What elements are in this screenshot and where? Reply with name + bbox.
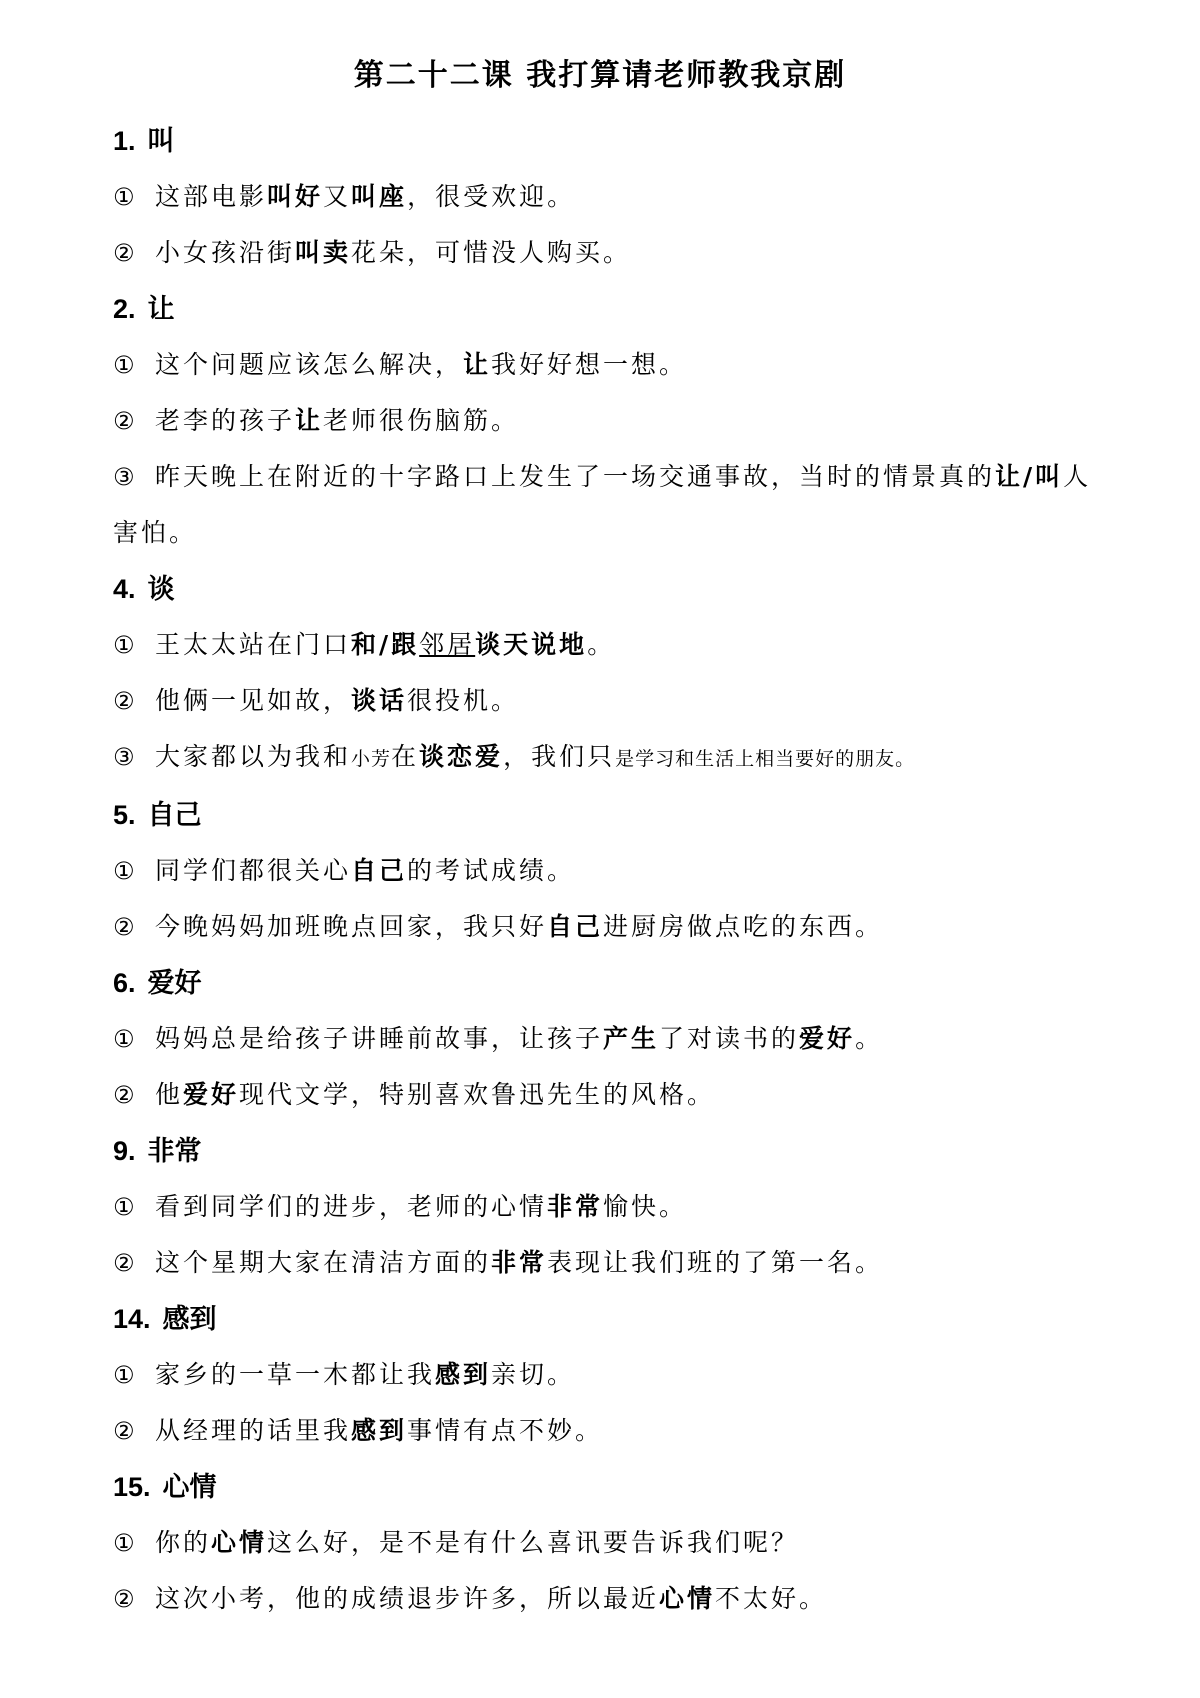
example-sentence: ②他爱好现代文学，特别喜欢鲁迅先生的风格。 — [113, 1067, 1103, 1123]
entry-word: 谈 — [148, 574, 175, 604]
vocab-entry: 1.叫 ①这部电影叫好又叫座，很受欢迎。 ②小女孩沿街叫卖花朵，可惜没人购买。 — [113, 113, 1103, 281]
text-segment: 大家都以为我和 — [155, 742, 351, 771]
text-segment: 小女孩沿街 — [155, 238, 295, 267]
text-segment: ，我们只 — [503, 742, 615, 771]
text-segment: 亲切。 — [491, 1360, 575, 1389]
sentence-marker: ① — [113, 169, 155, 225]
text-segment: 你的 — [155, 1528, 211, 1557]
key-word: 自己 — [351, 856, 407, 885]
example-sentence: ①这部电影叫好又叫座，很受欢迎。 — [113, 169, 1103, 225]
vocab-entry: 5.自己 ①同学们都很关心自己的考试成绩。 ②今晚妈妈加班晚点回家，我只好自己进… — [113, 787, 1103, 955]
key-word: 产生 — [603, 1024, 659, 1053]
entry-word: 让 — [148, 294, 175, 324]
sentence-marker: ② — [113, 673, 155, 729]
entry-number: 14. — [113, 1304, 151, 1334]
sentence-marker: ① — [113, 337, 155, 393]
sentence-marker: ② — [113, 225, 155, 281]
example-sentence: ②老李的孩子让老师很伤脑筋。 — [113, 393, 1103, 449]
entry-heading: 15.心情 — [113, 1459, 1103, 1515]
example-sentence: ②从经理的话里我感到事情有点不妙。 — [113, 1403, 1103, 1459]
entry-heading: 2.让 — [113, 281, 1103, 337]
key-word: 自己 — [547, 912, 603, 941]
text-segment: 在 — [391, 742, 419, 771]
entry-heading: 6.爱好 — [113, 955, 1103, 1011]
text-segment: 这个问题应该怎么解决， — [155, 350, 463, 379]
entry-word: 心情 — [163, 1472, 217, 1502]
text-segment: 妈妈总是给孩子讲睡前故事，让孩子 — [155, 1024, 603, 1053]
key-word: 叫好 — [267, 182, 323, 211]
text-segment: 愉快。 — [603, 1192, 687, 1221]
key-word: 谈天说地 — [475, 630, 587, 659]
entry-number: 2. — [113, 294, 136, 324]
entry-word: 感到 — [163, 1304, 217, 1334]
entry-number: 4. — [113, 574, 136, 604]
sentence-marker: ③ — [113, 449, 155, 505]
text-segment: 老师很伤脑筋。 — [323, 406, 519, 435]
vocab-entry: 15.心情 ①你的心情这么好，是不是有什么喜讯要告诉我们呢？ ②这次小考，他的成… — [113, 1459, 1103, 1627]
example-sentence: ①你的心情这么好，是不是有什么喜讯要告诉我们呢？ — [113, 1515, 1103, 1571]
example-sentence: ②这个星期大家在清洁方面的非常表现让我们班的了第一名。 — [113, 1235, 1103, 1291]
text-segment: 老李的孩子 — [155, 406, 295, 435]
sentence-marker: ① — [113, 843, 155, 899]
example-sentence: ②小女孩沿街叫卖花朵，可惜没人购买。 — [113, 225, 1103, 281]
key-word: 让 — [295, 406, 323, 435]
vocab-entry: 2.让 ①这个问题应该怎么解决，让我好好想一想。 ②老李的孩子让老师很伤脑筋。 … — [113, 281, 1103, 561]
text-segment: 不太好。 — [715, 1584, 827, 1613]
text-segment: 今晚妈妈加班晚点回家，我只好 — [155, 912, 547, 941]
key-word: 让/叫 — [995, 462, 1063, 491]
example-sentence: ②今晚妈妈加班晚点回家，我只好自己进厨房做点吃的东西。 — [113, 899, 1103, 955]
text-segment-small: 小芳 — [351, 748, 391, 770]
sentence-marker: ② — [113, 1235, 155, 1291]
text-segment: 表现让我们班的了第一名。 — [547, 1248, 883, 1277]
key-word: 叫座 — [351, 182, 407, 211]
key-word: 和/跟 — [351, 630, 419, 659]
sentence-marker: ② — [113, 1067, 155, 1123]
vocab-entry: 14.感到 ①家乡的一草一木都让我感到亲切。 ②从经理的话里我感到事情有点不妙。 — [113, 1291, 1103, 1459]
text-segment: 看到同学们的进步，老师的心情 — [155, 1192, 547, 1221]
text-segment: 同学们都很关心 — [155, 856, 351, 885]
key-word: 爱好 — [183, 1080, 239, 1109]
text-segment: 这次小考，他的成绩退步许多，所以最近 — [155, 1584, 659, 1613]
sentence-marker: ② — [113, 1571, 155, 1627]
example-sentence: ①王太太站在门口和/跟邻居谈天说地。 — [113, 617, 1103, 673]
text-segment-small: 是学习和生活上相当要好的朋友。 — [615, 748, 915, 770]
key-word: 感到 — [351, 1416, 407, 1445]
entry-word: 爱好 — [148, 968, 202, 998]
entry-number: 5. — [113, 800, 136, 830]
text-segment: 昨天晚上在附近的十字路口上发生了一场交通事故，当时的情景真的 — [155, 462, 995, 491]
sentence-marker: ② — [113, 393, 155, 449]
text-segment: 事情有点不妙。 — [407, 1416, 603, 1445]
text-segment: 了对读书的 — [659, 1024, 799, 1053]
vocab-entry: 6.爱好 ①妈妈总是给孩子讲睡前故事，让孩子产生了对读书的爱好。 ②他爱好现代文… — [113, 955, 1103, 1123]
text-segment: 的考试成绩。 — [407, 856, 575, 885]
key-word: 谈恋爱 — [419, 742, 503, 771]
entry-heading: 4.谈 — [113, 561, 1103, 617]
key-word: 爱好 — [799, 1024, 855, 1053]
entry-word: 自己 — [148, 800, 202, 830]
key-word: 心情 — [659, 1584, 715, 1613]
entry-heading: 1.叫 — [113, 113, 1103, 169]
example-sentence: ②他俩一见如故，谈话很投机。 — [113, 673, 1103, 729]
sentence-marker: ① — [113, 617, 155, 673]
key-word: 让 — [463, 350, 491, 379]
key-word: 感到 — [435, 1360, 491, 1389]
sentence-marker: ② — [113, 1403, 155, 1459]
entry-heading: 5.自己 — [113, 787, 1103, 843]
entry-word: 非常 — [148, 1136, 202, 1166]
text-segment: 这部电影 — [155, 182, 267, 211]
text-segment: 这么好，是不是有什么喜讯要告诉我们呢？ — [267, 1528, 799, 1557]
text-segment: 花朵，可惜没人购买。 — [351, 238, 631, 267]
text-segment: 很投机。 — [407, 686, 519, 715]
sentence-marker: ① — [113, 1347, 155, 1403]
sentence-marker: ① — [113, 1179, 155, 1235]
text-segment: 这个星期大家在清洁方面的 — [155, 1248, 491, 1277]
example-sentence: ①同学们都很关心自己的考试成绩。 — [113, 843, 1103, 899]
underlined-word: 邻居 — [419, 630, 475, 659]
example-sentence: ①家乡的一草一木都让我感到亲切。 — [113, 1347, 1103, 1403]
text-segment: ，很受欢迎。 — [407, 182, 575, 211]
entry-number: 6. — [113, 968, 136, 998]
text-segment: 他 — [155, 1080, 183, 1109]
entry-number: 15. — [113, 1472, 151, 1502]
example-sentence: ①妈妈总是给孩子讲睡前故事，让孩子产生了对读书的爱好。 — [113, 1011, 1103, 1067]
sentence-marker: ① — [113, 1515, 155, 1571]
document-page: 第二十二课 我打算请老师教我京剧 1.叫 ①这部电影叫好又叫座，很受欢迎。 ②小… — [0, 0, 1200, 1698]
text-segment: 。 — [587, 630, 615, 659]
text-segment: 又 — [323, 182, 351, 211]
entry-heading: 9.非常 — [113, 1123, 1103, 1179]
text-segment: 王太太站在门口 — [155, 630, 351, 659]
key-word: 心情 — [211, 1528, 267, 1557]
vocab-entry: 9.非常 ①看到同学们的进步，老师的心情非常愉快。 ②这个星期大家在清洁方面的非… — [113, 1123, 1103, 1291]
example-sentence: ①看到同学们的进步，老师的心情非常愉快。 — [113, 1179, 1103, 1235]
text-segment: 家乡的一草一木都让我 — [155, 1360, 435, 1389]
entry-word: 叫 — [148, 126, 175, 156]
entry-number: 9. — [113, 1136, 136, 1166]
key-word: 叫卖 — [295, 238, 351, 267]
vocab-entry: 4.谈 ①王太太站在门口和/跟邻居谈天说地。 ②他俩一见如故，谈话很投机。 ③大… — [113, 561, 1103, 787]
sentence-marker: ③ — [113, 729, 155, 785]
text-segment: 现代文学，特别喜欢鲁迅先生的风格。 — [239, 1080, 715, 1109]
text-segment: 从经理的话里我 — [155, 1416, 351, 1445]
example-sentence: ③昨天晚上在附近的十字路口上发生了一场交通事故，当时的情景真的让/叫人害怕。 — [113, 449, 1103, 561]
sentence-marker: ① — [113, 1011, 155, 1067]
key-word: 非常 — [491, 1248, 547, 1277]
vocabulary-entries: 1.叫 ①这部电影叫好又叫座，很受欢迎。 ②小女孩沿街叫卖花朵，可惜没人购买。 … — [113, 113, 1103, 1627]
key-word: 非常 — [547, 1192, 603, 1221]
text-segment: 他俩一见如故， — [155, 686, 351, 715]
example-sentence: ③大家都以为我和小芳在谈恋爱，我们只是学习和生活上相当要好的朋友。 — [113, 729, 1103, 787]
example-sentence: ①这个问题应该怎么解决，让我好好想一想。 — [113, 337, 1103, 393]
sentence-marker: ② — [113, 899, 155, 955]
text-segment: 。 — [855, 1024, 883, 1053]
example-sentence: ②这次小考，他的成绩退步许多，所以最近心情不太好。 — [113, 1571, 1103, 1627]
key-word: 谈话 — [351, 686, 407, 715]
entry-number: 1. — [113, 126, 136, 156]
page-title: 第二十二课 我打算请老师教我京剧 — [0, 56, 1200, 96]
text-segment: 进厨房做点吃的东西。 — [603, 912, 883, 941]
text-segment: 我好好想一想。 — [491, 350, 687, 379]
entry-heading: 14.感到 — [113, 1291, 1103, 1347]
